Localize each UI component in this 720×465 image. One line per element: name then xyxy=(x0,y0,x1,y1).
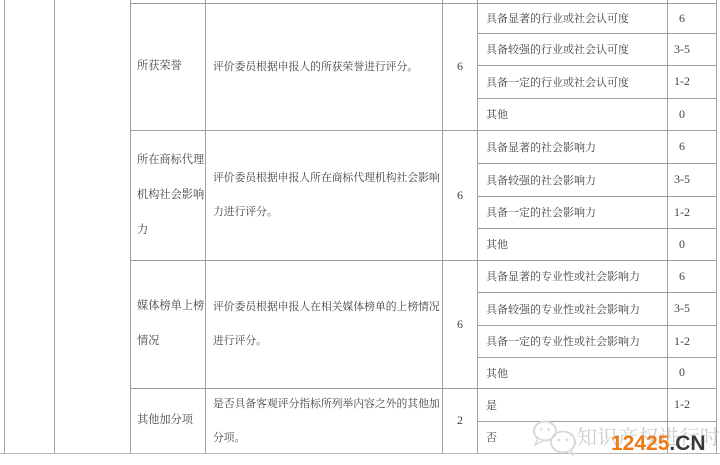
indicator-name-text: 其他加分项 xyxy=(137,403,205,438)
criterion-points: 0 xyxy=(657,237,707,252)
criterion-label: 具备显著的专业性或社会影响力 xyxy=(477,268,657,284)
criterion-points: 1-2 xyxy=(657,397,707,412)
criterion-label: 具备较强的专业性或社会影响力 xyxy=(477,301,657,317)
criterion-points: 1-2 xyxy=(657,334,707,349)
criterion-points: 3-5 xyxy=(657,172,707,187)
criterion-row: 具备较强的社会影响力 3-5 xyxy=(477,163,717,196)
indicator-max-score: 6 xyxy=(443,260,477,388)
indicator-description: 评价委员根据申报人所在商标代理机构社会影响力进行评分。 xyxy=(206,130,442,260)
criterion-row: 具备显著的行业或社会认可度 6 xyxy=(477,3,717,33)
criterion-row: 是 1-2 xyxy=(477,388,717,421)
criterion-points: 1-2 xyxy=(657,205,707,220)
criterion-row: 其他 0 xyxy=(477,228,717,260)
criterion-row: 具备一定的行业或社会认可度 1-2 xyxy=(477,65,717,98)
indicator-name-text: 所获荣誉 xyxy=(137,49,205,84)
indicator-name: 其他加分项 xyxy=(131,388,205,453)
indicator-name: 所获荣誉 xyxy=(131,3,205,130)
criterion-label: 具备较强的行业或社会认可度 xyxy=(477,41,657,57)
criterion-points: 0 xyxy=(657,107,707,122)
indicator-description: 是否具备客观评分指标所列举内容之外的其他加分项。 xyxy=(206,388,442,453)
criterion-row: 其他 0 xyxy=(477,357,717,388)
criterion-points: 3-5 xyxy=(657,301,707,316)
indicator-description-text: 是否具备客观评分指标所列举内容之外的其他加分项。 xyxy=(213,387,441,455)
scoring-table-page: 所获荣誉 评价委员根据申报人的所获荣誉进行评分。 6 具备显著的行业或社会认可度… xyxy=(0,0,720,465)
criterion-row: 具备较强的专业性或社会影响力 3-5 xyxy=(477,292,717,325)
criterion-points: 6 xyxy=(657,139,707,154)
indicator-name-text: 媒体榜单上榜情况 xyxy=(137,289,205,359)
indicator-description: 评价委员根据申报人在相关媒体榜单的上榜情况进行评分。 xyxy=(206,260,442,388)
criterion-row: 具备较强的行业或社会认可度 3-5 xyxy=(477,33,717,65)
criterion-label: 是 xyxy=(477,397,657,413)
criterion-label: 具备一定的社会影响力 xyxy=(477,204,657,220)
criterion-label: 其他 xyxy=(477,365,657,381)
indicator-name-text: 所在商标代理机构社会影响力 xyxy=(137,143,205,248)
indicator-description-text: 评价委员根据申报人在相关媒体榜单的上榜情况进行评分。 xyxy=(213,290,441,358)
indicator-max-score: 2 xyxy=(443,388,477,453)
criterion-label: 具备一定的行业或社会认可度 xyxy=(477,74,657,90)
criterion-points: 1-2 xyxy=(657,74,707,89)
criterion-row: 具备显著的专业性或社会影响力 6 xyxy=(477,260,717,292)
criterion-points: 0 xyxy=(657,365,707,380)
indicator-max-score: 6 xyxy=(443,130,477,260)
indicator-description-text: 评价委员根据申报人的所获荣誉进行评分。 xyxy=(213,50,441,84)
indicator-name: 媒体榜单上榜情况 xyxy=(131,260,205,388)
watermark-site-number: 12425 xyxy=(611,432,669,455)
table-grid-line xyxy=(4,0,5,453)
criterion-label: 其他 xyxy=(477,106,657,122)
wechat-icon xyxy=(530,418,580,461)
criterion-label: 具备较强的社会影响力 xyxy=(477,172,657,188)
criterion-row: 具备一定的社会影响力 1-2 xyxy=(477,196,717,228)
criterion-row: 具备显著的社会影响力 6 xyxy=(477,130,717,163)
watermark-site-url: 12425.CN xyxy=(611,432,706,456)
criterion-points: 6 xyxy=(657,269,707,284)
watermark-site-tld: .CN xyxy=(669,432,705,455)
criterion-label: 具备一定的专业性或社会影响力 xyxy=(477,333,657,349)
criterion-points: 3-5 xyxy=(657,42,707,57)
indicator-max-score: 6 xyxy=(443,3,477,130)
criterion-row: 其他 0 xyxy=(477,98,717,130)
criterion-label: 其他 xyxy=(477,236,657,252)
criterion-label: 具备显著的行业或社会认可度 xyxy=(477,10,657,26)
indicator-description-text: 评价委员根据申报人所在商标代理机构社会影响力进行评分。 xyxy=(213,161,441,229)
indicator-description: 评价委员根据申报人的所获荣誉进行评分。 xyxy=(206,3,442,130)
criterion-row: 具备一定的专业性或社会影响力 1-2 xyxy=(477,325,717,357)
indicator-name: 所在商标代理机构社会影响力 xyxy=(131,130,205,260)
criterion-label: 具备显著的社会影响力 xyxy=(477,139,657,155)
table-grid-line xyxy=(54,0,55,453)
criterion-points: 6 xyxy=(657,11,707,26)
